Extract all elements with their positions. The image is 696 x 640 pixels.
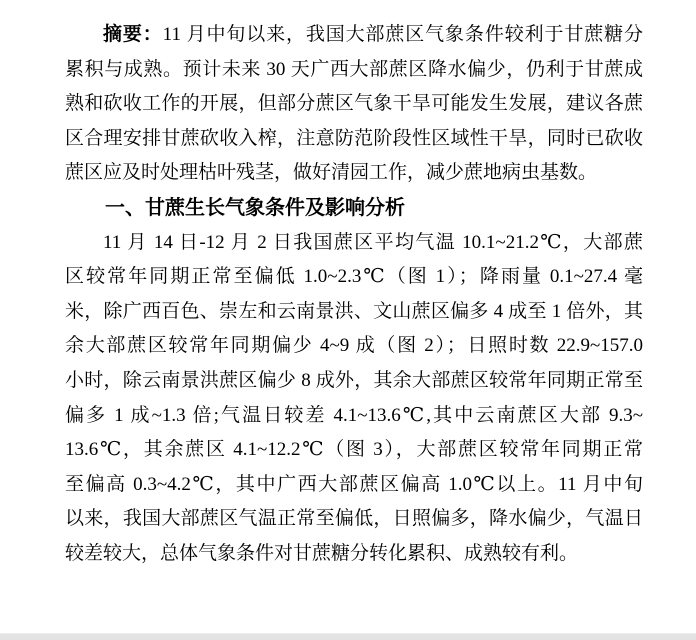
para1-line-9: 以来，我国大部蔗区气温正常至偏低，日照偏多，降水偏少，气温日 bbox=[65, 502, 643, 537]
abstract-line-1: 摘要：11 月中旬以来，我国大部蔗区气象条件较利于甘蔗糖分 bbox=[65, 18, 643, 53]
abstract-line-5: 蔗区应及时处理枯叶残茎，做好清园工作，减少蔗地病虫基数。 bbox=[65, 156, 643, 191]
para1-line-6: 偏多 1 成~1.3 倍;气温日较差 4.1~13.6℃,其中云南蔗区大部 9.… bbox=[65, 399, 643, 434]
abstract-line-3: 熟和砍收工作的开展，但部分蔗区气象干旱可能发生发展，建议各蔗 bbox=[65, 87, 643, 122]
abstract-label: 摘要： bbox=[103, 24, 163, 45]
abstract-line-4: 区合理安排甘蔗砍收入榨，注意防范阶段性区域性干旱，同时已砍收 bbox=[65, 122, 643, 157]
para1-line-2: 区较常年同期正常至偏低 1.0~2.3℃（图 1）；降雨量 0.1~27.4 毫 bbox=[65, 260, 643, 295]
para1-line-7: 13.6℃，其余蔗区 4.1~12.2℃（图 3），大部蔗区较常年同期正常 bbox=[65, 433, 643, 468]
para1-line-3: 米，除广西百色、崇左和云南景洪、文山蔗区偏多 4 成至 1 倍外，其 bbox=[65, 295, 643, 330]
para1-line-10: 较差较大，总体气象条件对甘蔗糖分转化累积、成熟较有利。 bbox=[65, 537, 643, 572]
para1-line-5: 小时，除云南景洪蔗区偏少 8 成外，其余大部蔗区较常年同期正常至 bbox=[65, 364, 643, 399]
para1-line-1: 11 月 14 日-12 月 2 日我国蔗区平均气温 10.1~21.2℃，大部… bbox=[65, 226, 643, 261]
para1-line-4: 余大部蔗区较常年同期偏少 4~9 成（图 2）；日照时数 22.9~157.0 bbox=[65, 329, 643, 364]
abstract-line-1-text: 11 月中旬以来，我国大部蔗区气象条件较利于甘蔗糖分 bbox=[163, 24, 643, 45]
section-1-heading: 一、甘蔗生长气象条件及影响分析 bbox=[65, 191, 643, 226]
window-bottom-bar bbox=[0, 633, 696, 640]
para1-line-8: 至偏高 0.3~4.2℃，其中广西大部蔗区偏高 1.0℃以上。11 月中旬 bbox=[65, 468, 643, 503]
abstract-line-2: 累积与成熟。预计未来 30 天广西大部蔗区降水偏少，仍利于甘蔗成 bbox=[65, 53, 643, 88]
document-page: 摘要：11 月中旬以来，我国大部蔗区气象条件较利于甘蔗糖分 累积与成熟。预计未来… bbox=[0, 0, 696, 633]
document-text-column: 摘要：11 月中旬以来，我国大部蔗区气象条件较利于甘蔗糖分 累积与成熟。预计未来… bbox=[65, 18, 643, 572]
